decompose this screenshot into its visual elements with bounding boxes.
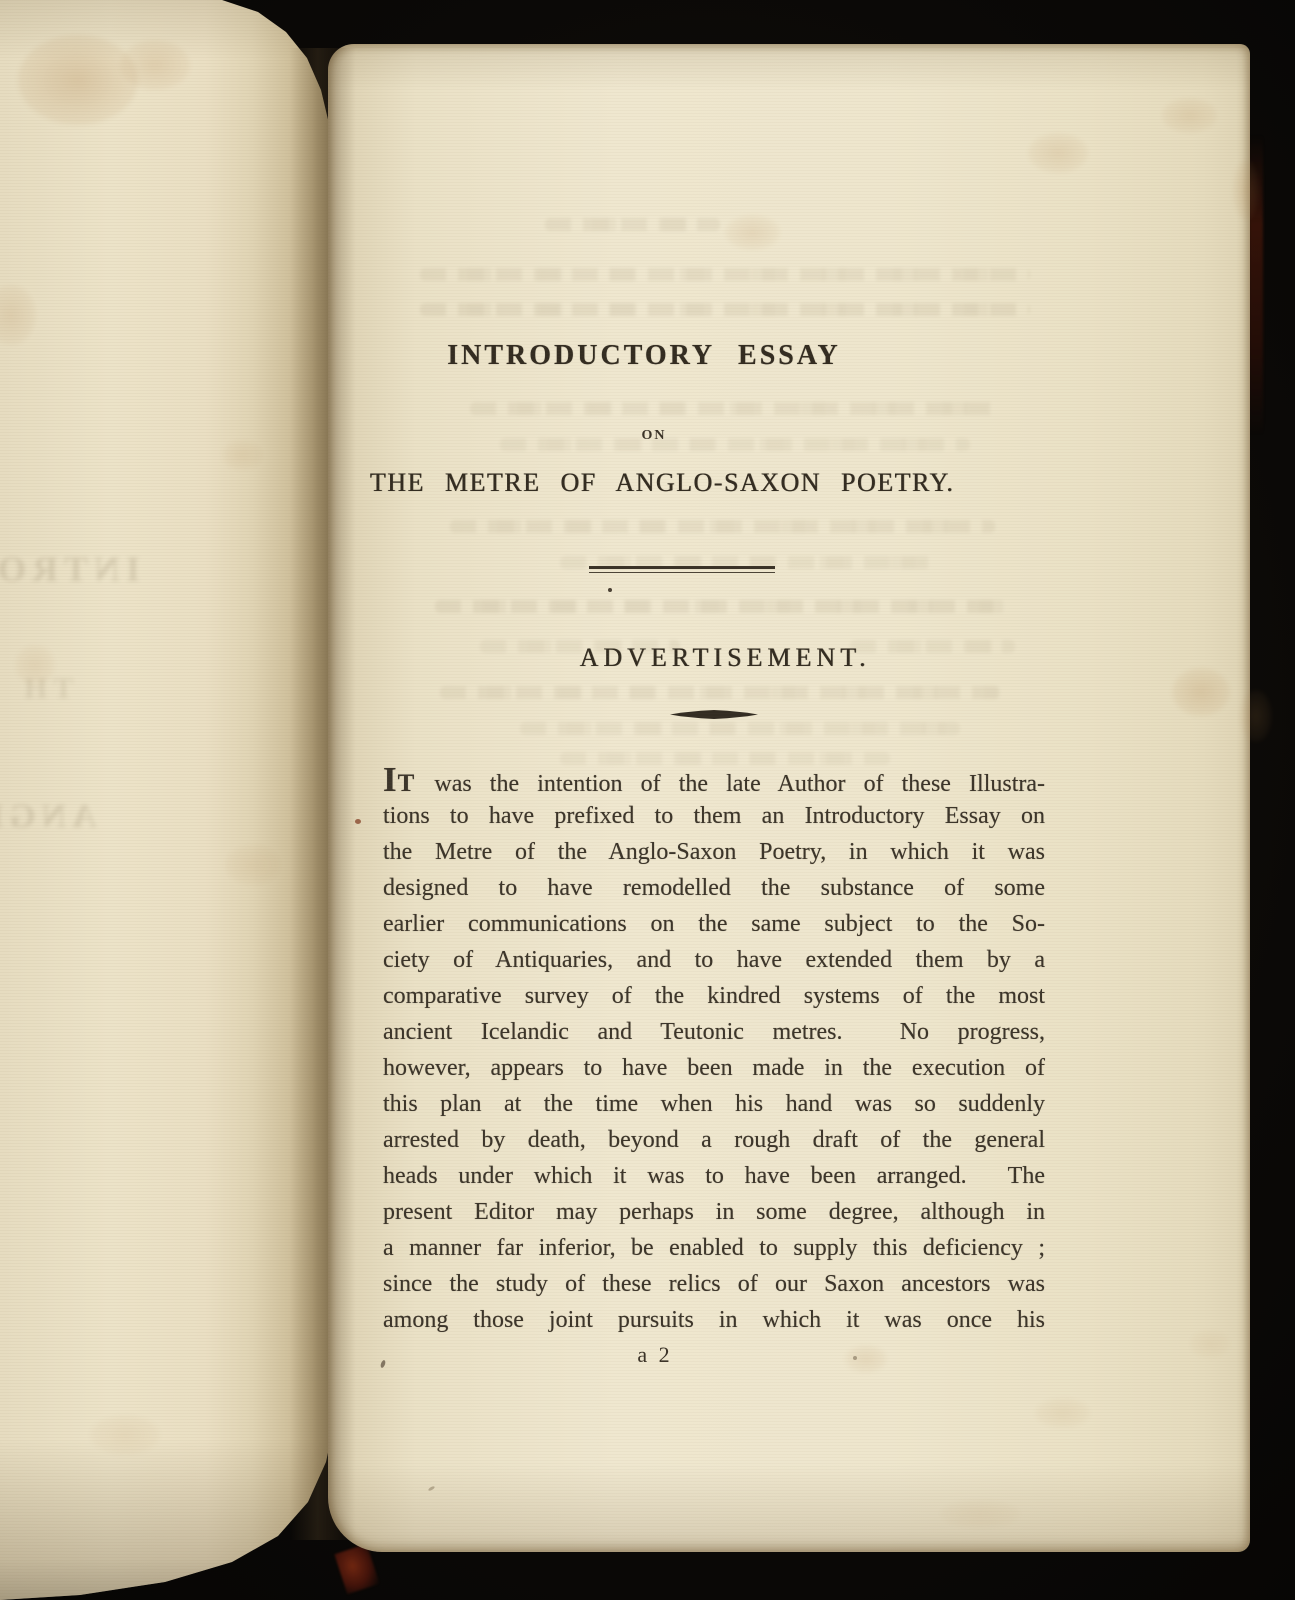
body-line-text: was the intention of the late Author of … [434,771,1045,797]
bleedthrough-line [545,218,720,231]
foxing-spot [225,845,280,885]
ink-speck [428,1485,436,1491]
swelled-rule-divider [670,710,758,719]
body-line: earlier communications on the same subje… [383,906,1045,942]
title-on-word: ON [323,428,985,444]
advertisement-heading: ADVERTISEMENT. [394,643,1056,673]
book-photograph: INTRODU TH ANGLO [0,0,1295,1600]
foxing-spot [18,35,138,125]
advertisement-paragraph: IT was the intention of the late Author … [383,762,1045,1338]
bleedthrough-line [440,686,1000,699]
body-line: designed to have remodelled the substanc… [383,870,1045,906]
foxing-spot [120,40,190,90]
ink-dot [608,588,612,592]
body-line: among those joint pursuits in which it w… [383,1302,1045,1338]
body-line: present Editor may perhaps in some degre… [383,1194,1045,1230]
foxing-spot [1240,690,1272,742]
bleedthrough-line [420,268,1030,281]
body-line: IT was the intention of the late Author … [383,762,1045,798]
bleedthrough-line [450,520,995,533]
ink-speck [355,819,361,824]
book-page: INTRODUCTORY ESSAY ON THE METRE OF ANGLO… [328,44,1250,1552]
foxing-spot [1035,1398,1090,1428]
foxing-spot [1190,1330,1230,1358]
essay-subject-title: THE METRE OF ANGLO-SAXON POETRY. [331,468,993,498]
book-cover-edge [1249,135,1263,435]
essay-title: INTRODUCTORY ESSAY [313,340,975,372]
foxing-spot [1172,668,1230,716]
foxing-spot [222,440,262,470]
double-rule-divider [589,566,775,573]
foxing-spot [90,1415,160,1455]
bleedthrough-line [470,402,1000,415]
foxing-spot [1162,98,1217,133]
foxing-spot [1028,133,1088,173]
foxing-spot [0,285,36,345]
bleedthrough-word: INTRODU [0,548,140,590]
signature-mark: a 2 [324,1342,986,1368]
body-line: since the study of these relics of our S… [383,1266,1045,1302]
body-line: heads under which it was to have been ar… [383,1158,1045,1194]
body-line: this plan at the time when his hand was … [383,1086,1045,1122]
body-line: tions to have prefixed to them an Introd… [383,798,1045,834]
bleedthrough-line [520,722,960,735]
body-line: a manner far inferior, be enabled to sup… [383,1230,1045,1266]
body-line: ancient Icelandic and Teutonic metres. N… [383,1014,1045,1050]
body-line: the Metre of the Anglo-Saxon Poetry, in … [383,834,1045,870]
foxing-spot [725,215,780,250]
body-line: however, appears to have been made in th… [383,1050,1045,1086]
bleedthrough-line [435,600,1005,613]
lead-capital-small: T [398,770,417,797]
bleedthrough-word: TH [18,672,73,706]
body-line: ciety of Antiquaries, and to have extend… [383,942,1045,978]
previous-page-edge: INTRODU TH ANGLO [0,0,344,1600]
body-line: arrested by death, beyond a rough draft … [383,1122,1045,1158]
lead-capital: I [383,760,398,799]
foxing-spot [940,1500,1020,1528]
bleedthrough-line [420,303,1030,316]
spine-leather-fleck [334,1544,379,1594]
bleedthrough-word: ANGLO [0,798,97,836]
body-line: comparative survey of the kindred system… [383,978,1045,1014]
